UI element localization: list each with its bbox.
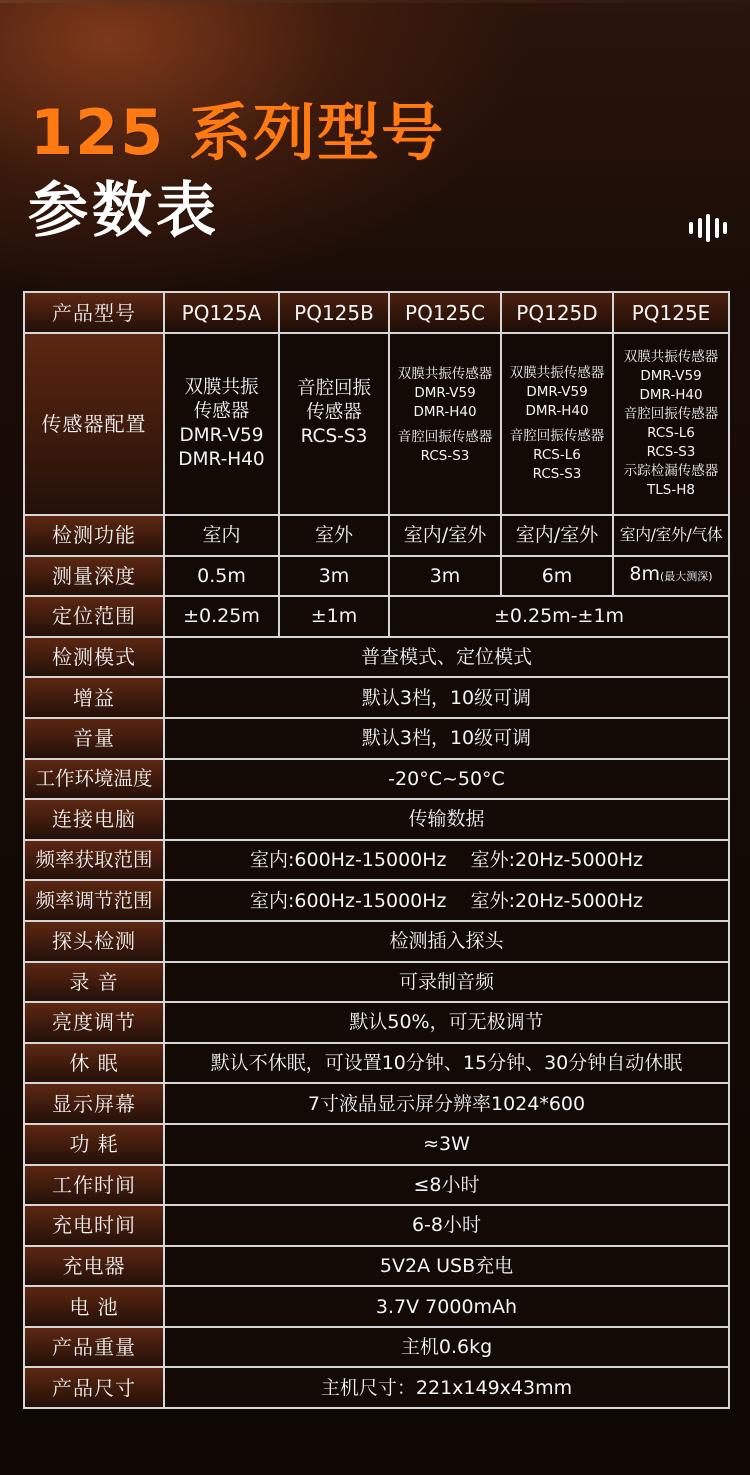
- table-row: 检测模式普查模式、定位模式: [24, 637, 729, 678]
- table-row: 连接电脑传输数据: [24, 799, 729, 840]
- row-label: 工作环境温度: [24, 759, 164, 800]
- table-row: 探头检测检测插入探头: [24, 921, 729, 962]
- table-row: 音量默认3档，10级可调: [24, 718, 729, 759]
- row-label: 产品尺寸: [24, 1367, 164, 1408]
- value-cell-c: 室内/室外: [389, 515, 501, 556]
- value-cell-b: 室外: [279, 515, 389, 556]
- sensor-text: DMR-H40: [390, 403, 500, 422]
- sensor-text: RCS-S3: [390, 447, 500, 466]
- sensor-text: 双膜共振传感器: [390, 365, 500, 384]
- value-cell-b: ±1m: [279, 596, 389, 637]
- table-row: 功 耗≈3W: [24, 1124, 729, 1165]
- model-header-e: PQ125E: [613, 292, 729, 333]
- table-row: 充电器5V2A USB充电: [24, 1246, 729, 1287]
- sensor-text: DMR-H40: [165, 448, 278, 472]
- top-border-line: [0, 0, 750, 3]
- sensor-text: 音腔回振传感器: [614, 405, 728, 424]
- row-label: 功 耗: [24, 1124, 164, 1165]
- sensor-text: 传感器: [280, 401, 388, 425]
- row-label: 连接电脑: [24, 799, 164, 840]
- row-value: 室内:600Hz-15000Hz 室外:20Hz-5000Hz: [164, 880, 729, 921]
- row-value: 普查模式、定位模式: [164, 637, 729, 678]
- row-label: 充电器: [24, 1246, 164, 1287]
- row-value: 主机尺寸：221x149x43mm: [164, 1367, 729, 1408]
- row-label: 充电时间: [24, 1205, 164, 1246]
- row-label: 休 眠: [24, 1043, 164, 1084]
- table-row: 显示屏幕7寸液晶显示屏分辨率1024*600: [24, 1083, 729, 1124]
- row-label: 产品重量: [24, 1327, 164, 1368]
- sensor-text: DMR-H40: [502, 402, 612, 421]
- table-row: 充电时间6-8小时: [24, 1205, 729, 1246]
- value-cell-a: ±0.25m: [164, 596, 279, 637]
- table-row: 增益默认3档，10级可调: [24, 677, 729, 718]
- row-value: 可录制音频: [164, 962, 729, 1003]
- sensor-cell-c: 双膜共振传感器 DMR-V59 DMR-H40 音腔回振传感器 RCS-S3: [389, 333, 501, 515]
- value-cell-a: 0.5m: [164, 556, 279, 597]
- sensor-cell-b: 音腔回振 传感器 RCS-S3: [279, 333, 389, 515]
- row-label: 定位范围: [24, 596, 164, 637]
- table-row: 亮度调节默认50%，可无极调节: [24, 1002, 729, 1043]
- table-row-sensor: 传感器配置 双膜共振 传感器 DMR-V59 DMR-H40 音腔回振 传感器 …: [24, 333, 729, 515]
- sensor-text: RCS-L6: [502, 446, 612, 465]
- sensor-text: TLS-H8: [614, 481, 728, 500]
- row-label: 频率调节范围: [24, 880, 164, 921]
- spec-table: 产品型号 PQ125A PQ125B PQ125C PQ125D PQ125E …: [23, 291, 730, 1409]
- table-header-row: 产品型号 PQ125A PQ125B PQ125C PQ125D PQ125E: [24, 292, 729, 333]
- wave-bar: [706, 214, 710, 242]
- sensor-text: 双膜共振: [165, 376, 278, 400]
- row-value: ≤8小时: [164, 1165, 729, 1206]
- wave-bar: [698, 218, 702, 238]
- row-value: ≈3W: [164, 1124, 729, 1165]
- row-value: 室内:600Hz-15000Hz 室外:20Hz-5000Hz: [164, 840, 729, 881]
- row-label: 频率获取范围: [24, 840, 164, 881]
- row-value: 检测插入探头: [164, 921, 729, 962]
- sensor-text: 示踪检漏传感器: [614, 462, 728, 481]
- sensor-text: 传感器: [165, 400, 278, 424]
- header-label: 产品型号: [24, 292, 164, 333]
- row-value: 传输数据: [164, 799, 729, 840]
- sensor-text: RCS-S3: [502, 465, 612, 484]
- row-value: 3.7V 7000mAh: [164, 1286, 729, 1327]
- table-row: 电 池3.7V 7000mAh: [24, 1286, 729, 1327]
- model-header-d: PQ125D: [501, 292, 613, 333]
- table-row: 产品尺寸主机尺寸：221x149x43mm: [24, 1367, 729, 1408]
- wave-bar: [689, 222, 693, 234]
- row-value: 主机0.6kg: [164, 1327, 729, 1368]
- table-row-positioning: 定位范围 ±0.25m ±1m ±0.25m-±1m: [24, 596, 729, 637]
- model-header-a: PQ125A: [164, 292, 279, 333]
- table-row: 工作环境温度-20°C~50°C: [24, 759, 729, 800]
- table-row: 休 眠默认不休眠，可设置10分钟、15分钟、30分钟自动休眠: [24, 1043, 729, 1084]
- sensor-text: RCS-S3: [614, 443, 728, 462]
- row-label: 检测功能: [24, 515, 164, 556]
- sensor-cell-e: 双膜共振传感器 DMR-V59 DMR-H40 音腔回振传感器 RCS-L6 R…: [613, 333, 729, 515]
- sensor-text: 音腔回振传感器: [502, 427, 612, 446]
- value-cell-a: 室内: [164, 515, 279, 556]
- value-cell-cde: ±0.25m-±1m: [389, 596, 729, 637]
- row-value: 默认50%，可无极调节: [164, 1002, 729, 1043]
- value-cell-d: 6m: [501, 556, 613, 597]
- row-value: 7寸液晶显示屏分辨率1024*600: [164, 1083, 729, 1124]
- row-value: 6-8小时: [164, 1205, 729, 1246]
- row-label: 显示屏幕: [24, 1083, 164, 1124]
- row-value: 默认不休眠，可设置10分钟、15分钟、30分钟自动休眠: [164, 1043, 729, 1084]
- table-row-detection-function: 检测功能 室内 室外 室内/室外 室内/室外 室内/室外/气体: [24, 515, 729, 556]
- model-header-b: PQ125B: [279, 292, 389, 333]
- value-cell-b: 3m: [279, 556, 389, 597]
- row-value: 5V2A USB充电: [164, 1246, 729, 1287]
- sensor-text: 双膜共振传感器: [502, 364, 612, 383]
- depth-note: (最大测深): [660, 570, 713, 583]
- row-label: 工作时间: [24, 1165, 164, 1206]
- table-row-depth: 测量深度 0.5m 3m 3m 6m 8m(最大测深): [24, 556, 729, 597]
- sensor-text: 双膜共振传感器: [614, 348, 728, 367]
- sensor-text: DMR-H40: [614, 386, 728, 405]
- sensor-text: DMR-V59: [390, 384, 500, 403]
- wave-bar: [723, 222, 727, 234]
- model-header-c: PQ125C: [389, 292, 501, 333]
- table-row: 录 音可录制音频: [24, 962, 729, 1003]
- row-value: -20°C~50°C: [164, 759, 729, 800]
- page-title-spec-table: 参数表: [28, 176, 220, 246]
- value-cell-c: 3m: [389, 556, 501, 597]
- table-row: 产品重量主机0.6kg: [24, 1327, 729, 1368]
- sensor-text: DMR-V59: [502, 383, 612, 402]
- page-title-series: 125 系列型号: [30, 98, 445, 168]
- sensor-text: 音腔回振传感器: [390, 428, 500, 447]
- value-cell-d: 室内/室外: [501, 515, 613, 556]
- value-cell-e: 8m(最大测深): [613, 556, 729, 597]
- depth-value: 8m: [629, 563, 660, 585]
- value-cell-e: 室内/室外/气体: [613, 515, 729, 556]
- row-label: 传感器配置: [24, 333, 164, 515]
- row-value: 默认3档，10级可调: [164, 677, 729, 718]
- row-label: 录 音: [24, 962, 164, 1003]
- row-label: 亮度调节: [24, 1002, 164, 1043]
- row-label: 电 池: [24, 1286, 164, 1327]
- sensor-text: RCS-S3: [280, 425, 388, 449]
- sensor-text: DMR-V59: [165, 424, 278, 448]
- row-label: 增益: [24, 677, 164, 718]
- wave-bar: [715, 218, 719, 238]
- table-row: 频率调节范围室内:600Hz-15000Hz 室外:20Hz-5000Hz: [24, 880, 729, 921]
- row-value: 默认3档，10级可调: [164, 718, 729, 759]
- row-label: 探头检测: [24, 921, 164, 962]
- sound-wave-icon: [689, 213, 727, 243]
- sensor-text: RCS-L6: [614, 424, 728, 443]
- sensor-cell-a: 双膜共振 传感器 DMR-V59 DMR-H40: [164, 333, 279, 515]
- sensor-text: DMR-V59: [614, 367, 728, 386]
- row-label: 音量: [24, 718, 164, 759]
- row-label: 检测模式: [24, 637, 164, 678]
- sensor-cell-d: 双膜共振传感器 DMR-V59 DMR-H40 音腔回振传感器 RCS-L6 R…: [501, 333, 613, 515]
- sensor-text: 音腔回振: [280, 377, 388, 401]
- table-row: 频率获取范围室内:600Hz-15000Hz 室外:20Hz-5000Hz: [24, 840, 729, 881]
- row-label: 测量深度: [24, 556, 164, 597]
- table-row: 工作时间≤8小时: [24, 1165, 729, 1206]
